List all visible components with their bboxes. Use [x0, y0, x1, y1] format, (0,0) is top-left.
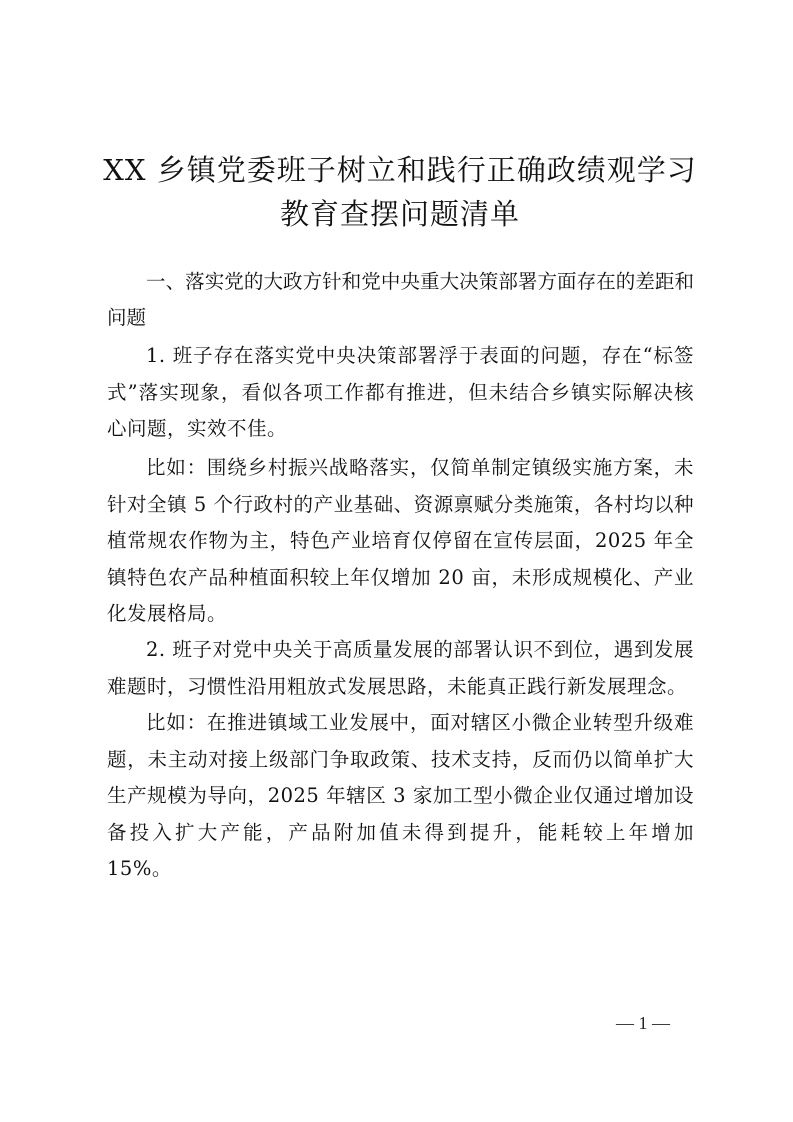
document-page: XX 乡镇党委班子树立和践行正确政绩观学习 教育查摆问题清单 一、落实党的大政方… [0, 0, 793, 1122]
page-number: — 1 — [608, 1013, 678, 1034]
paragraph-issue-1: 1. 班子存在落实党中央决策部署浮于表面的问题，存在“标签式”落实现象，看似各项… [107, 338, 694, 448]
document-title: XX 乡镇党委班子树立和践行正确政绩观学习 教育查摆问题清单 [100, 148, 700, 236]
paragraph-issue-2: 2. 班子对党中央关于高质量发展的部署认识不到位，遇到发展难题时，习惯性沿用粗放… [107, 632, 694, 705]
title-line-1: XX 乡镇党委班子树立和践行正确政绩观学习 [100, 148, 700, 192]
title-line-2: 教育查摆问题清单 [100, 192, 700, 236]
paragraph-example-2: 比如：在推进镇域工业发展中，面对辖区小微企业转型升级难题，未主动对接上级部门争取… [107, 705, 694, 888]
section-heading: 一、落实党的大政方针和党中央重大决策部署方面存在的差距和问题 [107, 264, 694, 336]
paragraph-example-1: 比如：围绕乡村振兴战略落实，仅简单制定镇级实施方案，未针对全镇 5 个行政村的产… [107, 450, 694, 633]
